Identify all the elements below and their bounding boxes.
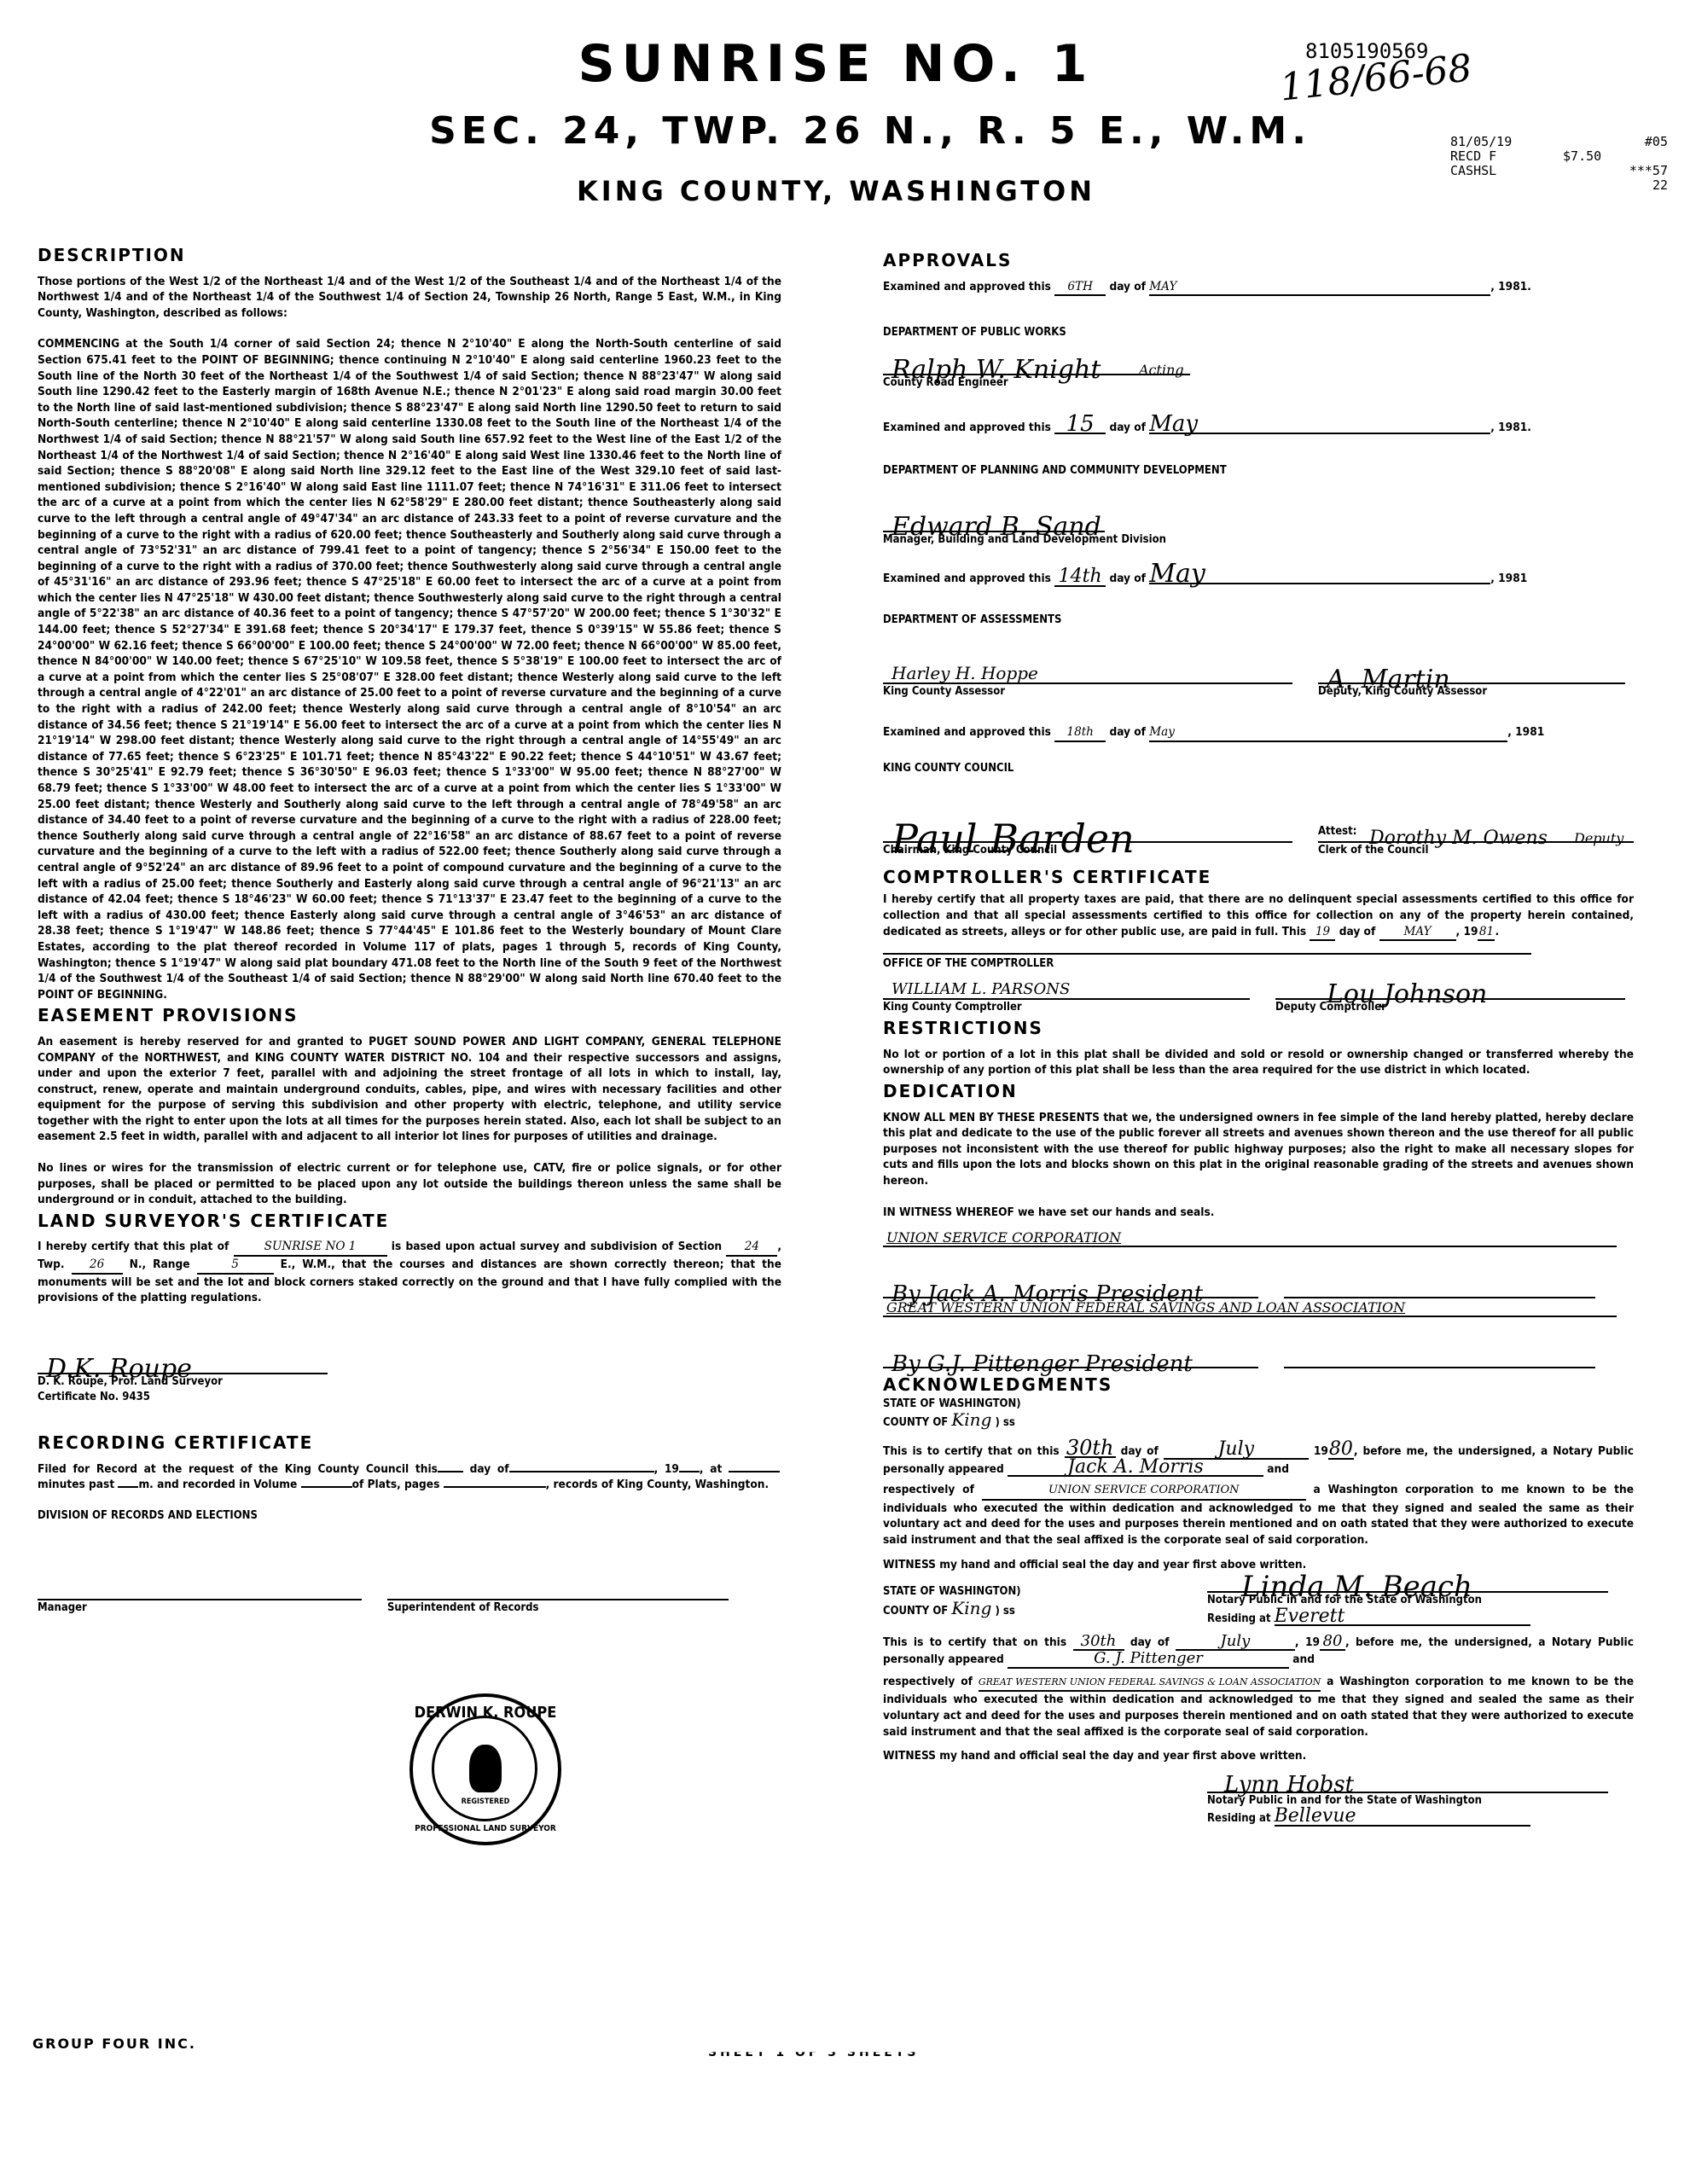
owner-signature-row: By Jack A. Morris President bbox=[883, 1264, 1634, 1298]
council-signatures: Paul BardenChairman, King County Council… bbox=[883, 799, 1634, 859]
ack-state: STATE OF WASHINGTON) bbox=[883, 1397, 1634, 1413]
notary-signature: Lynn Hobst bbox=[1224, 1777, 1354, 1793]
approval-day: 14th bbox=[1054, 569, 1106, 587]
ack-county-value: King bbox=[951, 1598, 991, 1618]
stamp-extra: 22 bbox=[1652, 178, 1668, 193]
surveyor-section: LAND SURVEYOR'S CERTIFICATE I hereby cer… bbox=[38, 1213, 781, 1406]
ack-notary-block: Lynn Hobst Notary Public in and for the … bbox=[1207, 1769, 1608, 1827]
recording-year-field bbox=[679, 1471, 700, 1472]
chairman-block: Paul BardenChairman, King County Council bbox=[883, 799, 1292, 859]
ack-body: respectively of GREAT WESTERN UNION FEDE… bbox=[883, 1674, 1634, 1740]
plat-title: SUNRISE NO. 1 bbox=[512, 34, 1160, 94]
ack-county-label: COUNTY OF bbox=[883, 1416, 948, 1429]
restrictions-text: No lot or portion of a lot in this plat … bbox=[883, 1047, 1634, 1078]
notary-signature-line: Linda M. Beach bbox=[1207, 1572, 1608, 1593]
deputy-assessor-signature: A. Martin bbox=[1327, 672, 1450, 688]
dedication-text: KNOW ALL MEN BY THESE PRESENTS that we, … bbox=[883, 1110, 1634, 1189]
day-of-label: day of bbox=[1109, 725, 1146, 739]
approvals-heading: APPROVALS bbox=[883, 253, 1634, 269]
examined-prefix: Examined and approved this bbox=[883, 572, 1051, 585]
comptroller-signatures: WILLIAM L. PARSONSKing County Comptrolle… bbox=[883, 973, 1634, 1016]
ack-county-value: King bbox=[951, 1409, 991, 1430]
notary-residing-city: Everett bbox=[1275, 1609, 1530, 1627]
attest-deputy-note: Deputy bbox=[1574, 831, 1623, 847]
recording-text-5: minutes past bbox=[38, 1478, 114, 1491]
owner-signature: By G.J. Pittenger President bbox=[891, 1356, 1193, 1373]
easement-section: EASEMENT PROVISIONS An easement is hereb… bbox=[38, 1008, 781, 1208]
plat-name-field: SUNRISE NO 1 bbox=[234, 1239, 387, 1257]
dept-public-works: DEPARTMENT OF PUBLIC WORKS bbox=[883, 325, 1634, 341]
comptroller-block: WILLIAM L. PARSONSKing County Comptrolle… bbox=[883, 978, 1250, 1016]
day-of-label: day of bbox=[1109, 421, 1146, 434]
dedication-section: DEDICATION KNOW ALL MEN BY THESE PRESENT… bbox=[883, 1083, 1634, 1368]
recording-stamp: 81/05/19#05 RECD F$7.50 CASHSL***57 22 bbox=[1450, 135, 1668, 193]
notary-residing-label: Residing at bbox=[1207, 1812, 1271, 1825]
ack-county-label: COUNTY OF bbox=[883, 1605, 948, 1618]
ack-corporation: UNION SERVICE CORPORATION bbox=[982, 1483, 1306, 1501]
approval-month: May bbox=[1149, 724, 1507, 742]
owner-blank-line bbox=[1284, 1358, 1595, 1368]
stamp-recd-amount: $7.50 bbox=[1563, 149, 1601, 164]
notary-signature-line: Lynn Hobst bbox=[1207, 1769, 1608, 1793]
footer-sheet: SHEET 1 OF 3 SHEETS bbox=[708, 2046, 919, 2059]
approval-day: 15 bbox=[1054, 416, 1106, 434]
ack-and: and bbox=[1292, 1653, 1315, 1666]
notary-residing-label: Residing at bbox=[1207, 1612, 1271, 1625]
approval-day: 18th bbox=[1054, 724, 1106, 742]
assessor-signature-line: Harley H. Hoppe bbox=[883, 650, 1292, 684]
manager-line bbox=[38, 1590, 362, 1600]
recording-volume-field bbox=[301, 1486, 352, 1488]
stamp-code: #05 bbox=[1645, 135, 1668, 149]
comptroller-signature: WILLIAM L. PARSONS bbox=[891, 982, 1070, 998]
notary-residing-city: Bellevue bbox=[1275, 1809, 1530, 1827]
day-of-label: day of bbox=[1109, 280, 1146, 293]
approval-year: 1981. bbox=[1498, 280, 1531, 293]
superintendent-label: Superintendent of Records bbox=[387, 1600, 729, 1617]
planning-signature-line: Edward B. Sand bbox=[883, 498, 1105, 532]
owner-corporation: UNION SERVICE CORPORATION bbox=[886, 1230, 1121, 1246]
ack-year: 80 bbox=[1320, 1634, 1345, 1652]
recording-text-7: of Plats, pages bbox=[352, 1478, 440, 1491]
ack-month: July bbox=[1176, 1634, 1295, 1652]
comptroller-day-of: day of bbox=[1339, 925, 1376, 938]
surveyor-signature-line: D.K. Roupe bbox=[38, 1340, 328, 1374]
recording-text-4: , at bbox=[700, 1462, 722, 1476]
attest-label: Attest: bbox=[1318, 824, 1356, 840]
manager-block: Manager bbox=[38, 1590, 362, 1617]
ack-respectively: respectively of bbox=[883, 1675, 973, 1688]
approval-year: 1981 bbox=[1515, 725, 1544, 739]
road-engineer-signature-line: Ralph W. KnightActing bbox=[883, 341, 1190, 375]
notary-signature: Linda M. Beach bbox=[1241, 1579, 1472, 1595]
description-heading: DESCRIPTION bbox=[38, 247, 781, 264]
description-section: DESCRIPTION Those portions of the West 1… bbox=[38, 247, 781, 1002]
description-intro: Those portions of the West 1/2 of the No… bbox=[38, 274, 781, 322]
plat-county: KING COUNTY, WASHINGTON bbox=[512, 175, 1160, 207]
planning-signature: Edward B. Sand bbox=[891, 520, 1101, 536]
recording-heading: RECORDING CERTIFICATE bbox=[38, 1435, 781, 1451]
deputy-comptroller-block: Lou JohnsonDeputy Comptroller bbox=[1275, 973, 1625, 1016]
footer-firm: GROUP FOUR INC. bbox=[32, 2036, 196, 2052]
ack-day: 30th bbox=[1065, 1440, 1116, 1458]
manager-label: Manager bbox=[38, 1600, 362, 1617]
right-column: APPROVALS Examined and approved this 6TH… bbox=[883, 253, 1634, 1827]
owner-blank-line bbox=[1284, 1288, 1595, 1298]
owner-block-1: UNION SERVICE CORPORATION By Jack A. Mor… bbox=[883, 1228, 1634, 1298]
examined-prefix: Examined and approved this bbox=[883, 280, 1051, 293]
acknowledgments-heading: ACKNOWLEDGMENTS bbox=[883, 1377, 1634, 1393]
restrictions-section: RESTRICTIONS No lot or portion of a lot … bbox=[883, 1020, 1634, 1078]
range-field: 5 bbox=[197, 1257, 274, 1275]
examined-prefix: Examined and approved this bbox=[883, 421, 1051, 434]
ack-person: G. J. Pittenger bbox=[1008, 1651, 1289, 1669]
recording-section: RECORDING CERTIFICATE Filed for Record a… bbox=[38, 1435, 781, 1617]
assessor-signature: Harley H. Hoppe bbox=[891, 665, 1038, 682]
surveyor-text: I hereby certify that this plat of SUNRI… bbox=[38, 1239, 781, 1305]
ack-ss: ss bbox=[1003, 1416, 1015, 1429]
assessor-title: King County Assessor bbox=[883, 684, 1292, 700]
seal-registered: REGISTERED bbox=[413, 1798, 558, 1806]
recording-text-2: day of bbox=[470, 1462, 509, 1476]
comptroller-office: OFFICE OF THE COMPTROLLER bbox=[883, 953, 1531, 973]
owner-signature-line: By G.J. Pittenger President bbox=[883, 1334, 1258, 1368]
road-engineer-signature: Ralph W. Knight bbox=[891, 363, 1101, 379]
deputy-assessor-signature-line: A. Martin bbox=[1318, 650, 1625, 684]
superintendent-line bbox=[387, 1590, 729, 1600]
superintendent-block: Superintendent of Records bbox=[387, 1590, 729, 1617]
recording-minutes-field bbox=[729, 1471, 780, 1472]
owner-block-2: GREAT WESTERN UNION FEDERAL SAVINGS AND … bbox=[883, 1298, 1634, 1368]
examined-prefix: Examined and approved this bbox=[883, 725, 1051, 739]
recording-pages-field bbox=[444, 1486, 546, 1488]
left-column: DESCRIPTION Those portions of the West 1… bbox=[38, 247, 781, 1617]
comptroller-text: I hereby certify that all property taxes… bbox=[883, 892, 1634, 941]
easement-heading: EASEMENT PROVISIONS bbox=[38, 1008, 781, 1024]
owner-signature-line: By Jack A. Morris President bbox=[883, 1264, 1258, 1298]
approval-line-3: Examined and approved this 14th day of M… bbox=[883, 566, 1634, 587]
deputy-comptroller-signature: Lou Johnson bbox=[1327, 987, 1487, 1003]
ack-certify-prefix: This is to certify that on this bbox=[883, 1444, 1060, 1458]
dept-assessments: DEPARTMENT OF ASSESSMENTS bbox=[883, 613, 1634, 629]
approval-day: 6TH bbox=[1054, 279, 1106, 297]
surveyor-signature-block: D.K. Roupe D. K. Roupe, Prof. Land Surve… bbox=[38, 1340, 328, 1406]
approval-year: 1981. bbox=[1498, 421, 1531, 434]
recording-text-1: Filed for Record at the request of the K… bbox=[38, 1462, 438, 1476]
description-body: COMMENCING at the South 1/4 corner of sa… bbox=[38, 336, 781, 1002]
council-label: KING COUNTY COUNCIL bbox=[883, 761, 1634, 777]
approval-year: 1981 bbox=[1498, 572, 1527, 585]
chairman-signature: Paul Barden bbox=[891, 831, 1135, 847]
comptroller-heading: COMPTROLLER'S CERTIFICATE bbox=[883, 869, 1634, 886]
approval-month: MAY bbox=[1149, 279, 1490, 297]
deputy-comptroller-signature-line: Lou Johnson bbox=[1275, 973, 1625, 1000]
seal-bottom-text: PROFESSIONAL LAND SURVEYOR bbox=[413, 1824, 558, 1833]
division-label: DIVISION OF RECORDS AND ELECTIONS bbox=[38, 1508, 781, 1525]
ack-year: 80 bbox=[1328, 1442, 1354, 1460]
restrictions-heading: RESTRICTIONS bbox=[883, 1020, 1634, 1037]
recording-text-3: 19 bbox=[665, 1462, 679, 1476]
deputy-assessor-block: A. MartinDeputy, King County Assessor bbox=[1318, 650, 1625, 700]
approval-line-1: Examined and approved this 6TH day of MA… bbox=[883, 279, 1634, 297]
ack-ss: ss bbox=[1003, 1605, 1015, 1618]
surveyor-certificate: Certificate No. 9435 bbox=[38, 1390, 328, 1406]
dedication-heading: DEDICATION bbox=[883, 1083, 1634, 1100]
chairman-signature-line: Paul Barden bbox=[883, 799, 1292, 843]
ack-day-of: day of bbox=[1130, 1635, 1170, 1649]
dept-planning: DEPARTMENT OF PLANNING AND COMMUNITY DEV… bbox=[883, 463, 1634, 479]
dedication-witness: IN WITNESS WHEREOF we have set our hands… bbox=[883, 1205, 1634, 1221]
plat-location: SEC. 24, TWP. 26 N., R. 5 E., W.M. bbox=[409, 109, 1331, 153]
recording-text: Filed for Record at the request of the K… bbox=[38, 1461, 780, 1493]
day-of-label: day of bbox=[1109, 572, 1146, 585]
ack-year-prefix: 19 bbox=[1305, 1635, 1320, 1649]
comptroller-year-prefix: 19 bbox=[1463, 925, 1478, 938]
comptroller-day: 19 bbox=[1310, 924, 1335, 942]
surveyor-signature: D.K. Roupe bbox=[46, 1362, 192, 1378]
stamp-cashsl-value: ***57 bbox=[1629, 164, 1668, 178]
ack-certify-text: This is to certify that on this 30th day… bbox=[883, 1634, 1634, 1669]
surveyor-text-2: is based upon actual survey and subdivis… bbox=[392, 1240, 722, 1253]
approvals-section: APPROVALS Examined and approved this 6TH… bbox=[883, 253, 1634, 859]
comptroller-title: King County Comptroller bbox=[883, 1000, 1250, 1016]
owner-corporation-line: GREAT WESTERN UNION FEDERAL SAVINGS AND … bbox=[883, 1298, 1617, 1317]
township-field: 26 bbox=[72, 1257, 123, 1275]
comptroller-signature-line: WILLIAM L. PARSONS bbox=[883, 978, 1250, 1000]
ack-county: COUNTY OF King ) ss bbox=[883, 1412, 1634, 1432]
surveyor-heading: LAND SURVEYOR'S CERTIFICATE bbox=[38, 1213, 781, 1229]
ack-corporation: GREAT WESTERN UNION FEDERAL SAVINGS & LO… bbox=[979, 1675, 1321, 1693]
assessor-signatures: Harley H. HoppeKing County Assessor A. M… bbox=[883, 650, 1634, 700]
owner-signature-row: By G.J. Pittenger President bbox=[883, 1334, 1634, 1368]
stamp-cashsl-label: CASHSL bbox=[1450, 164, 1496, 178]
easement-paragraph-1: An easement is hereby reserved for and g… bbox=[38, 1034, 781, 1145]
acting-note: Acting bbox=[1139, 363, 1184, 379]
attest-signature-line: Attest:Dorothy M. OwensDeputy bbox=[1318, 809, 1634, 843]
recording-text-6: m. and recorded in Volume bbox=[138, 1478, 297, 1491]
stamp-date: 81/05/19 bbox=[1450, 135, 1512, 149]
ack-certify-prefix: This is to certify that on this bbox=[883, 1635, 1066, 1649]
recording-hour-field bbox=[118, 1486, 138, 1488]
ack-certify-text: This is to certify that on this 30th day… bbox=[883, 1440, 1634, 1477]
attest-block: Attest:Dorothy M. OwensDeputyClerk of th… bbox=[1318, 809, 1634, 859]
ack-and: and bbox=[1267, 1462, 1289, 1476]
surveyor-text-4: N., Range bbox=[130, 1258, 190, 1271]
ack-body: respectively of UNION SERVICE CORPORATIO… bbox=[883, 1482, 1634, 1548]
surveyor-text-1: I hereby certify that this plat of bbox=[38, 1240, 229, 1253]
comptroller-month: MAY bbox=[1379, 924, 1456, 942]
ack-witness: WITNESS my hand and official seal the da… bbox=[883, 1748, 1634, 1764]
recording-day-field bbox=[438, 1471, 463, 1472]
washington-portrait-icon bbox=[469, 1745, 502, 1792]
section-field: 24 bbox=[726, 1239, 777, 1257]
comptroller-section: COMPTROLLER'S CERTIFICATE I hereby certi… bbox=[883, 869, 1634, 1016]
approval-line-4: Examined and approved this 18th day of M… bbox=[883, 724, 1634, 742]
ack-year-prefix: 19 bbox=[1314, 1444, 1328, 1458]
recording-text-8: , records of King County, Washington. bbox=[546, 1478, 770, 1491]
acknowledgments-section: ACKNOWLEDGMENTS STATE OF WASHINGTON) COU… bbox=[883, 1377, 1634, 1827]
notary-residing: Residing at Bellevue bbox=[1207, 1809, 1608, 1827]
approval-month: May bbox=[1149, 566, 1490, 584]
stamp-recd-label: RECD F bbox=[1450, 149, 1496, 164]
recording-signatures: Manager Superintendent of Records bbox=[38, 1578, 781, 1617]
ack-respectively: respectively of bbox=[883, 1483, 974, 1496]
easement-paragraph-2: No lines or wires for the transmission o… bbox=[38, 1160, 781, 1208]
assessor-block: Harley H. HoppeKing County Assessor bbox=[883, 650, 1292, 700]
recording-month-field bbox=[509, 1471, 654, 1472]
attest-signature: Dorothy M. Owens bbox=[1369, 831, 1548, 847]
owner-corporation-line: UNION SERVICE CORPORATION bbox=[883, 1228, 1617, 1247]
owner-corporation: GREAT WESTERN UNION FEDERAL SAVINGS AND … bbox=[886, 1300, 1405, 1316]
comptroller-year: 81 bbox=[1478, 924, 1495, 942]
approval-line-2: Examined and approved this 15 day of May… bbox=[883, 416, 1634, 436]
comptroller-body: I hereby certify that all property taxes… bbox=[883, 892, 1634, 938]
ack-day: 30th bbox=[1073, 1634, 1124, 1652]
ack-person: Jack A. Morris bbox=[1008, 1460, 1263, 1478]
approval-month: May bbox=[1149, 416, 1490, 434]
surveyor-seal: DERWIN K. ROUPE REGISTERED PROFESSIONAL … bbox=[409, 1693, 561, 1845]
